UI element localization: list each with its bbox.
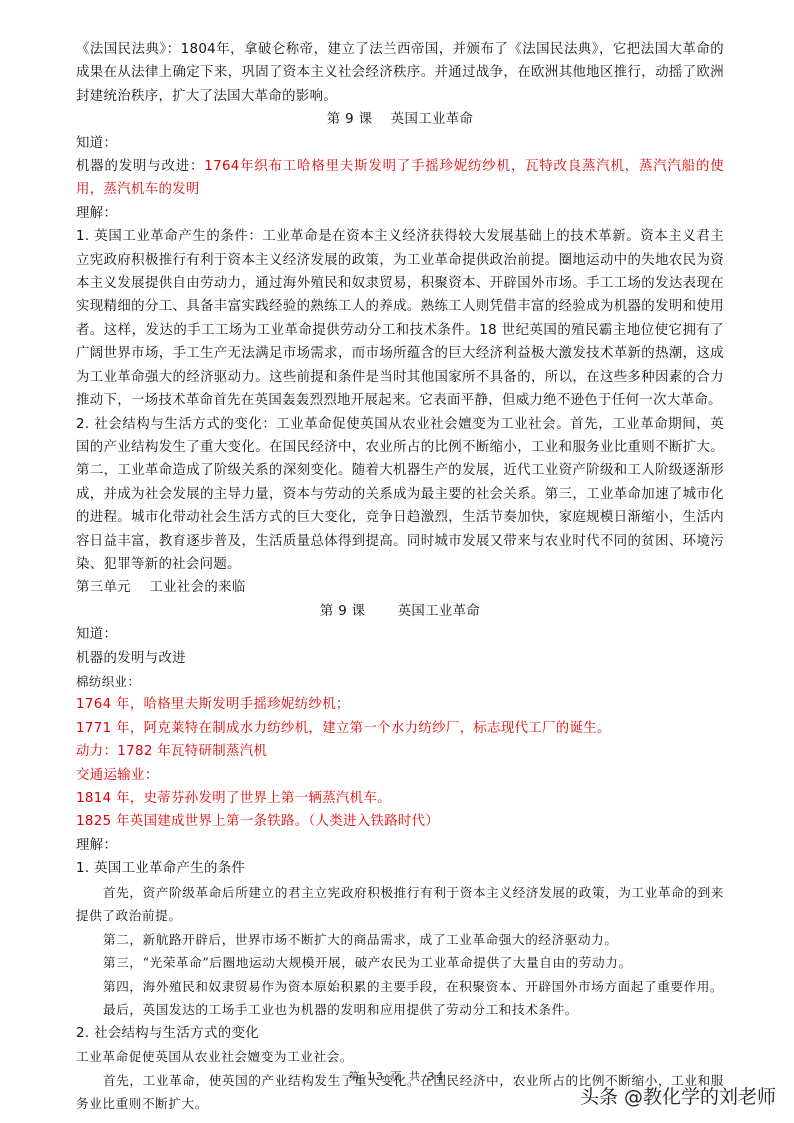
unit-title: 第三单元 工业社会的来临 — [76, 576, 724, 599]
point1-paragraph-fourth: 第四，海外殖民和奴隶贸易作为资本原始积累的主要手段，在积聚资本、开辟国外市场方面… — [76, 975, 724, 999]
invention-heading: 机器的发明与改进 — [76, 647, 724, 670]
napoleonic-code-paragraph: 《法国民法典》：1804年，拿破仑称帝，建立了法兰西帝国，并颁布了《法国民法典》… — [76, 38, 724, 108]
point1-paragraph-first: 首先，资产阶级革命后所建立的君主立宪政府积极推行有利于资本主义经济发展的政策，为… — [76, 881, 724, 928]
know-label-2: 知道： — [76, 623, 724, 646]
know-label: 知道： — [76, 132, 724, 155]
power-item: 动力：1782 年瓦特研制蒸汽机 — [76, 740, 724, 763]
transport-label: 交通运输业： — [76, 764, 724, 787]
understand-label: 理解： — [76, 202, 724, 225]
point1-paragraph-third: 第三，“光荣革命”后圈地运动大规模开展，破产农民为工业革命提供了大量自由的劳动力… — [76, 951, 724, 975]
transport-item: 1825 年英国建成世界上第一条铁路。（人类进入铁路时代） — [76, 810, 724, 833]
cotton-label: 棉纺织业： — [76, 670, 724, 693]
transport-item: 1814 年，史蒂芬孙发明了世界上第一辆蒸汽机车。 — [76, 787, 724, 810]
point1-paragraph: 1. 英国工业革命产生的条件：工业革命是在资本主义经济获得较大发展基础上的技术革… — [76, 225, 724, 412]
point1-paragraph-second: 第二，新航路开辟后，世界市场不断扩大的商品需求，成了工业革命强大的经济驱动力。 — [76, 928, 724, 952]
point2-heading: 2. 社会结构与生活方式的变化 — [76, 1022, 724, 1045]
cotton-item: 1764 年，哈格里夫斯发明手摇珍妮纺纱机； — [76, 693, 724, 716]
watermark: 头条 @教化学的刘老师 — [580, 1082, 776, 1109]
invention-paragraph: 机器的发明与改进：1764年织布工哈格里夫斯发明了手摇珍妮纺纱机，瓦特改良蒸汽机… — [76, 155, 724, 202]
cotton-item: 1771 年，阿克莱特在制成水力纺纱机，建立第一个水力纺纱厂，标志现代工厂的诞生… — [76, 717, 724, 740]
document-page: 《法国民法典》：1804年，拿破仑称帝，建立了法兰西帝国，并颁布了《法国民法典》… — [76, 38, 724, 1116]
point1-paragraph-last: 最后，英国发达的工场手工业也为机器的发明和应用提供了劳动分工和技术条件。 — [76, 998, 724, 1022]
lesson-title-2: 第 9 课 英国工业革命 — [76, 600, 724, 623]
lesson-title: 第 9 课 英国工业革命 — [76, 108, 724, 131]
point2-lead: 工业革命促使英国从农业社会嬗变为工业社会。 — [76, 1045, 724, 1069]
point2-paragraph: 2. 社会结构与生活方式的变化：工业革命促使英国从农业社会嬗变为工业社会。首先，… — [76, 413, 724, 577]
understand-label-2: 理解： — [76, 834, 724, 857]
invention-label: 机器的发明与改进： — [76, 159, 204, 174]
point1-heading: 1. 英国工业革命产生的条件 — [76, 857, 724, 880]
